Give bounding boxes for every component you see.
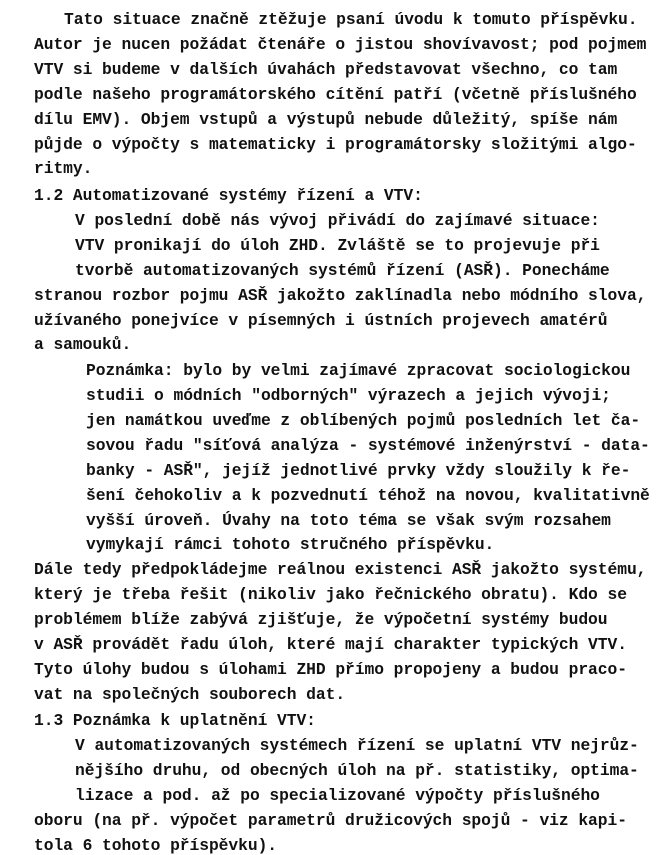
section-heading-1-2: 1.2 Automatizované systémy řízení a VTV: <box>34 186 423 206</box>
section-1-2-indented-line: tvorbě automatizovaných systémů řízení (… <box>75 261 610 281</box>
continuation-line: v ASŘ provádět řadu úloh, které mají cha… <box>34 635 627 655</box>
continuation-line: který je třeba řešit (nikoliv jako řečni… <box>34 585 627 605</box>
section-1-2-indented-line: VTV pronikají do úloh ZHD. Zvláště se to… <box>75 236 600 256</box>
note-line: Poznámka: bylo by velmi zajímavé zpracov… <box>86 361 630 381</box>
intro-line: dílu EMV). Objem vstupů a výstupů nebude… <box>34 110 617 130</box>
typewritten-page: Tato situace značně ztěžuje psaní úvodu … <box>0 0 672 855</box>
continuation-line: vat na společných souborech dat. <box>34 685 345 705</box>
section-1-3-indented-line: V automatizovaných systémech řízení se u… <box>75 736 639 756</box>
intro-line: půjde o výpočty s matematicky i programá… <box>34 135 637 155</box>
note-line: studii o módních "odborných" výrazech a … <box>86 386 611 406</box>
note-line: sovou řadu "síťová analýza - systémové i… <box>86 436 650 456</box>
note-line: vymykají rámci tohoto stručného příspěvk… <box>86 535 494 555</box>
note-line: jen namátkou uveďme z oblíbených pojmů p… <box>86 411 640 431</box>
intro-line: ritmy. <box>34 159 92 179</box>
section-1-2-body-line: stranou rozbor pojmu ASŘ jakožto zaklína… <box>34 286 646 306</box>
section-1-3-body-line: tola 6 tohoto příspěvku). <box>34 836 277 855</box>
intro-line: podle našeho programátorského cítění pat… <box>34 85 637 105</box>
intro-line: Tato situace značně ztěžuje psaní úvodu … <box>64 10 638 30</box>
continuation-line: Dále tedy předpokládejme reálnou existen… <box>34 560 646 580</box>
section-1-3-indented-line: lizace a pod. až po specializované výpoč… <box>75 786 600 806</box>
section-1-2-indented-line: V poslední době nás vývoj přivádí do zaj… <box>75 211 600 231</box>
section-1-2-body-line: užívaného ponejvíce v písemných i ústníc… <box>34 311 608 331</box>
section-1-2-body-line: a samouků. <box>34 335 131 355</box>
section-1-3-body-line: oboru (na př. výpočet parametrů družicov… <box>34 811 627 831</box>
intro-line: Autor je nucen požádat čtenáře o jistou … <box>34 35 646 55</box>
section-heading-1-3: 1.3 Poznámka k uplatnění VTV: <box>34 711 316 731</box>
continuation-line: problémem blíže zabývá zjišťuje, že výpo… <box>34 610 608 630</box>
note-line: vyšší úroveň. Úvahy na toto téma se však… <box>86 511 611 531</box>
section-1-3-indented-line: nějšího druhu, od obecných úloh na př. s… <box>75 761 639 781</box>
intro-line: VTV si budeme v dalších úvahách představ… <box>34 60 617 80</box>
note-line: šení čehokoliv a k pozvednutí téhož na n… <box>86 486 650 506</box>
continuation-line: Tyto úlohy budou s úlohami ZHD přímo pro… <box>34 660 627 680</box>
note-line: banky - ASŘ", jejíž jednotlivé prvky vžd… <box>86 461 630 481</box>
